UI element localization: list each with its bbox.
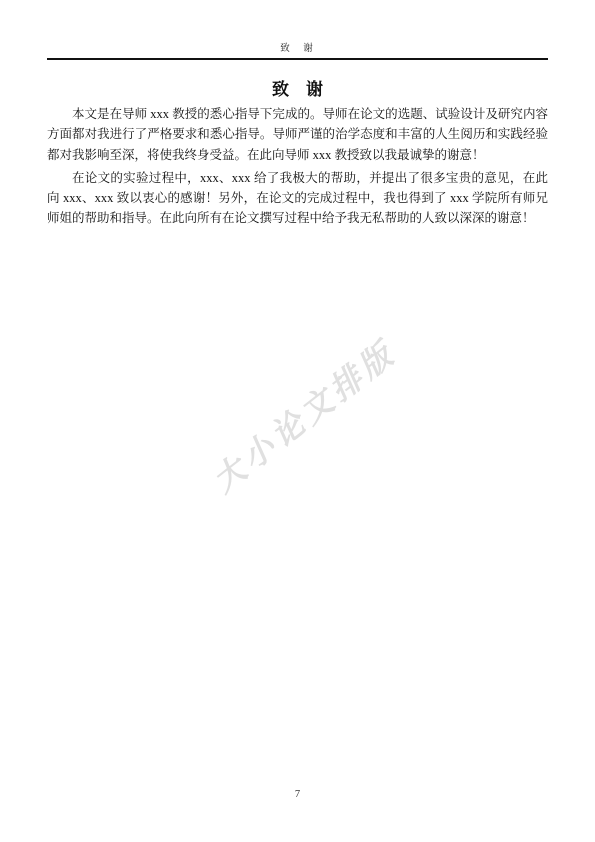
paragraph-1: 本文是在导师 xxx 教授的悉心指导下完成的。导师在论文的选题、试验设计及研究内… (47, 104, 548, 165)
header-rule (47, 58, 548, 60)
page-title: 致 谢 (47, 75, 548, 100)
page-number: 7 (0, 789, 595, 800)
running-header-title: 致 谢 (47, 40, 548, 58)
acknowledgement-body: 本文是在导师 xxx 教授的悉心指导下完成的。导师在论文的选题、试验设计及研究内… (47, 104, 548, 232)
paragraph-2: 在论文的实验过程中，xxx、xxx 给了我极大的帮助，并提出了很多宝贵的意见，在… (47, 168, 548, 229)
document-page: 致 谢 致 谢 本文是在导师 xxx 教授的悉心指导下完成的。导师在论文的选题、… (0, 0, 595, 842)
page-header: 致 谢 (47, 0, 548, 60)
diagonal-watermark: 大小论文排版 (190, 320, 415, 510)
